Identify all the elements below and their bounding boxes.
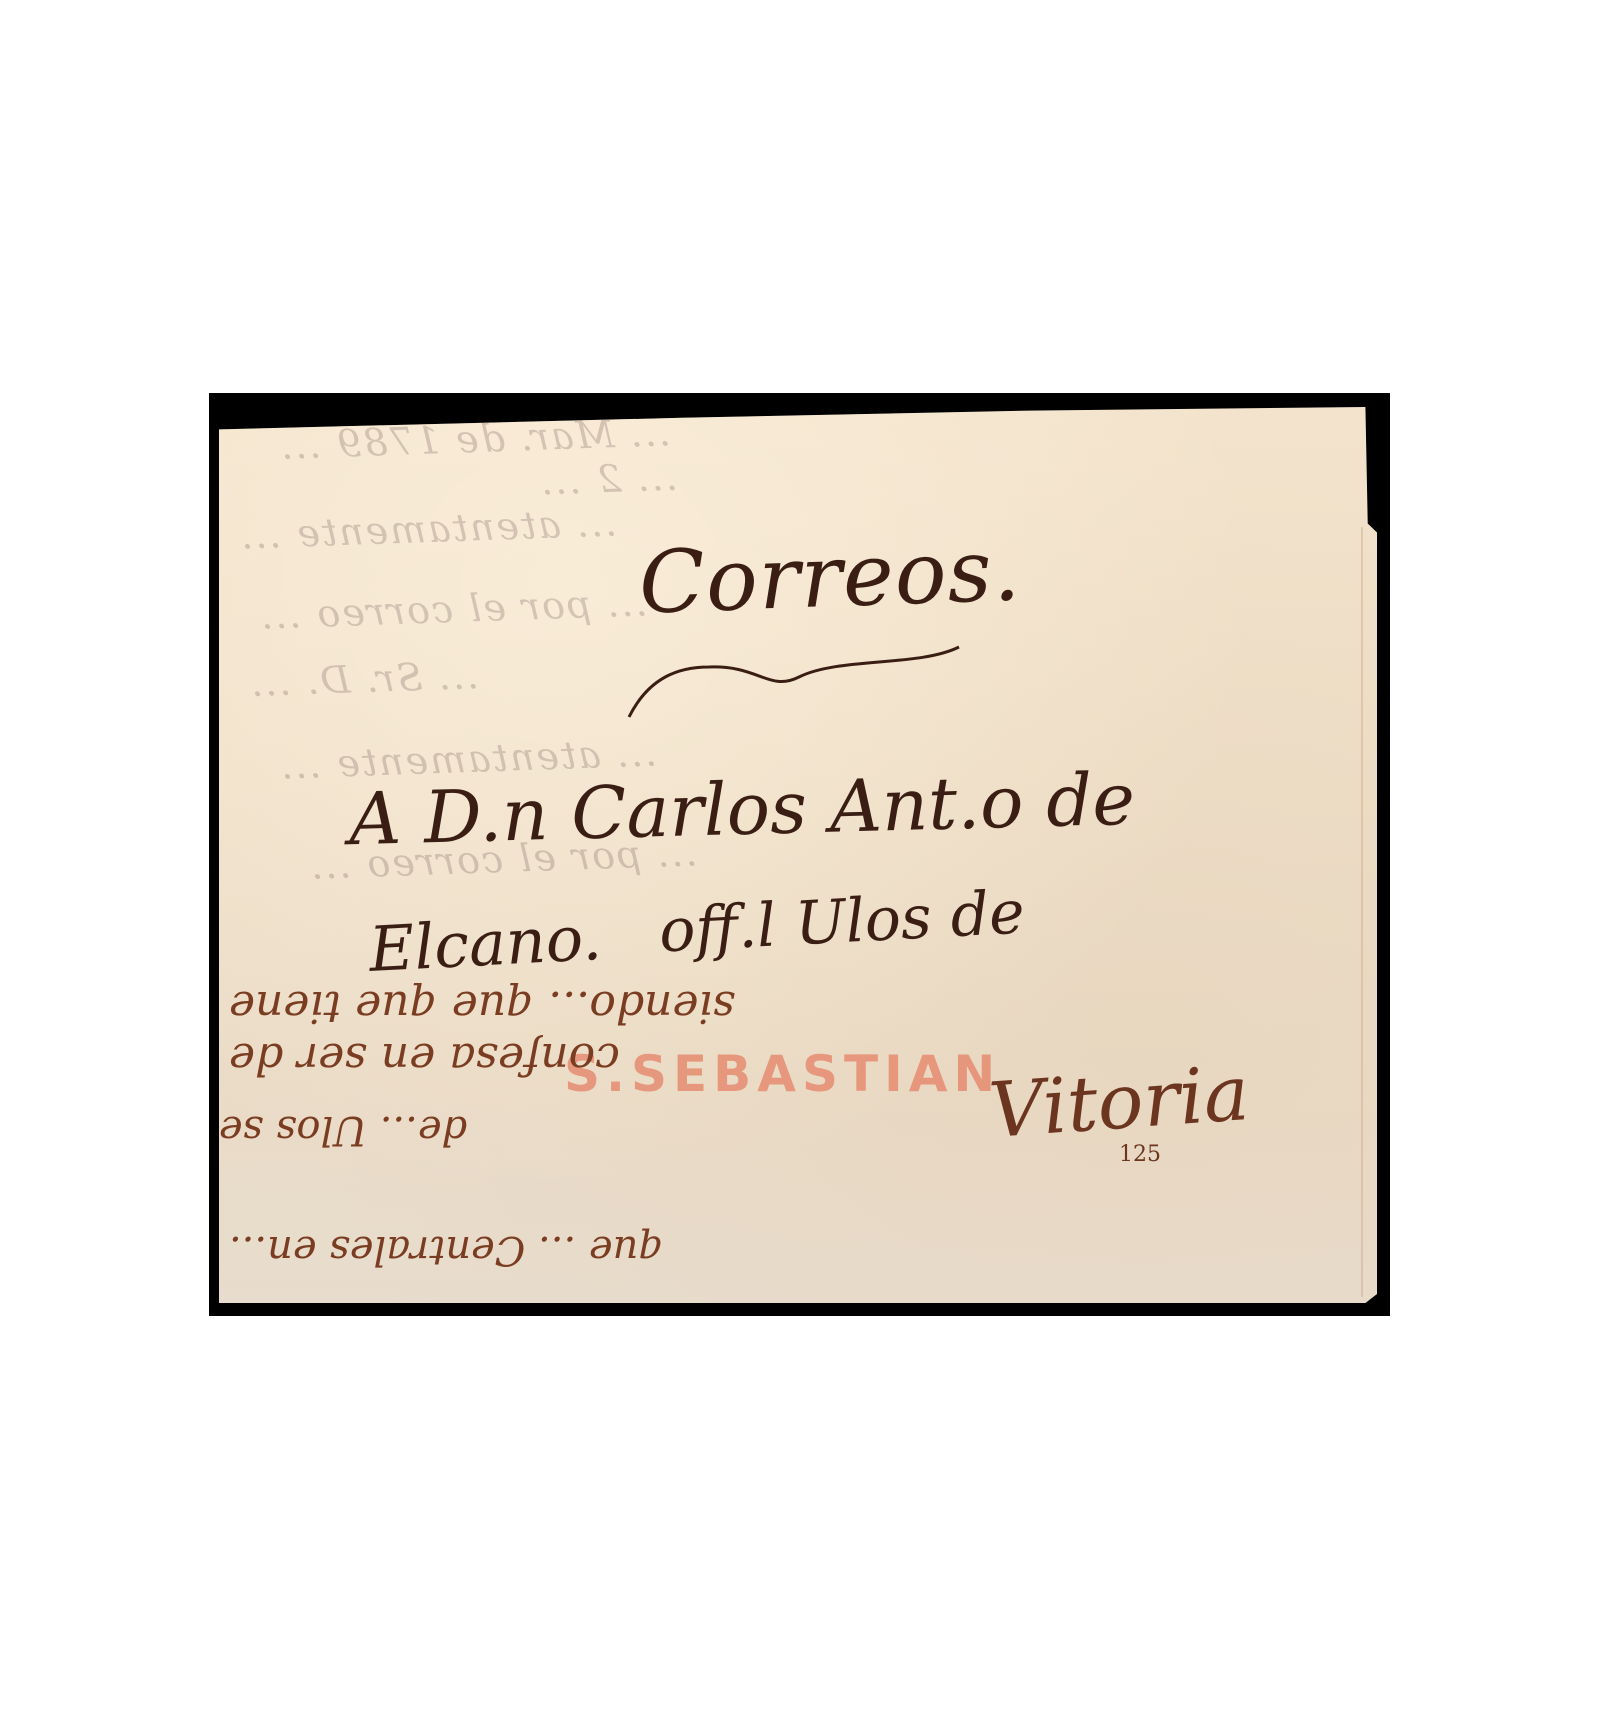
- reverse-text-line: confesa en ser de: [229, 1033, 620, 1084]
- addressee-line-2: Elcano.: [367, 901, 603, 986]
- reverse-text-line: siendo... que que tiene: [229, 981, 735, 1032]
- addressee-line-3: off.l Ulos de: [657, 877, 1026, 966]
- bleed-through-text: ... 2 ...: [538, 455, 678, 504]
- bleed-through-text: ... por el correo ...: [258, 580, 648, 638]
- postmark-stamp: S.SEBASTIAN: [564, 1045, 1001, 1103]
- reverse-text-line: que ... Centrales en...: [229, 1227, 664, 1273]
- flourish-icon: [619, 637, 979, 727]
- bleed-through-text: ... atentamente ...: [238, 500, 618, 557]
- correos-heading: Correos.: [637, 520, 1022, 633]
- fold-line: [1361, 527, 1363, 1297]
- docket-number: 125: [1119, 1142, 1161, 1167]
- bleed-through-text: ... Sr. D. ...: [248, 653, 479, 705]
- letter-cover: ... Mar. de 1789 ... ... 2 ... ... atent…: [219, 407, 1377, 1303]
- destination-city: Vitoria: [986, 1048, 1252, 1155]
- reverse-text-line: de... Ulos se: [219, 1107, 467, 1153]
